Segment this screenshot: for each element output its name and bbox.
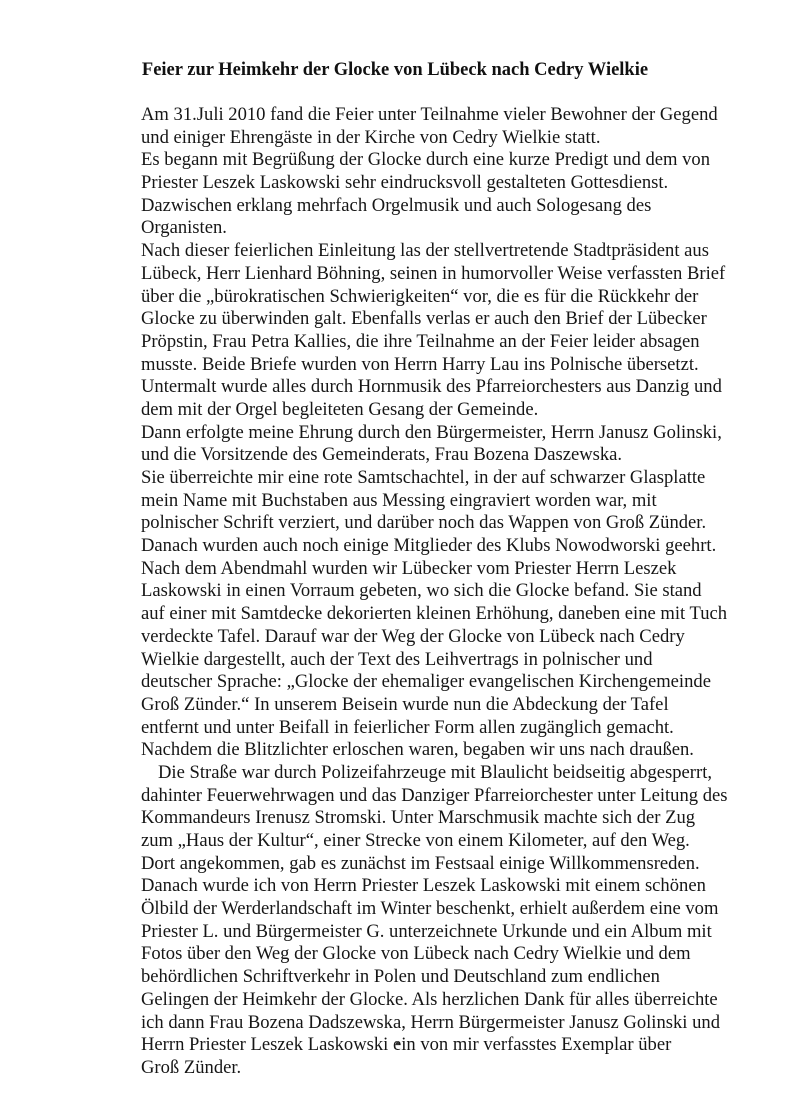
text-line: auf einer mit Samtdecke dekorierten klei… [141,603,741,626]
document-body: Am 31.Juli 2010 fand die Feier unter Tei… [141,104,741,1080]
text-line: Fotos über den Weg der Glocke von Lübeck… [141,943,741,966]
text-line: entfernt und unter Beifall in feierliche… [141,717,741,740]
text-line: Untermalt wurde alles durch Hornmusik de… [141,376,741,399]
text-line: musste. Beide Briefe wurden von Herrn Ha… [141,354,741,377]
text-line: behördlichen Schriftverkehr in Polen und… [141,966,741,989]
text-line: Glocke zu überwinden galt. Ebenfalls ver… [141,308,741,331]
text-line: Danach wurde ich von Herrn Priester Lesz… [141,875,741,898]
text-line: Lübeck, Herr Lienhard Böhning, seinen in… [141,263,741,286]
text-line: Ölbild der Werderlandschaft im Winter be… [141,898,741,921]
text-line: und einiger Ehrengäste in der Kirche von… [141,127,741,150]
text-line: Die Straße war durch Polizeifahrzeuge mi… [141,762,741,785]
text-line: Groß Zünder. [141,1057,741,1080]
document-title: Feier zur Heimkehr der Glocke von Lübeck… [0,60,790,81]
text-line: Nach dem Abendmahl wurden wir Lübecker v… [141,558,741,581]
text-line: deutscher Sprache: „Glocke der ehemalige… [141,671,741,694]
text-line: zum „Haus der Kultur“, einer Strecke von… [141,830,741,853]
text-line: dahinter Feuerwehrwagen und das Danziger… [141,785,741,808]
text-line: Priester Leszek Laskowski sehr eindrucks… [141,172,741,195]
text-line: Pröpstin, Frau Petra Kallies, die ihre T… [141,331,741,354]
text-line: und die Vorsitzende des Gemeinderats, Fr… [141,444,741,467]
text-line: Es begann mit Begrüßung der Glocke durch… [141,149,741,172]
document-page: Feier zur Heimkehr der Glocke von Lübeck… [0,0,790,1112]
text-line: Organisten. [141,217,741,240]
text-line: Kommandeurs Irenusz Stromski. Unter Mars… [141,807,741,830]
text-line: Gelingen der Heimkehr der Glocke. Als he… [141,989,741,1012]
text-line: Wielkie dargestellt, auch der Text des L… [141,649,741,672]
text-line: Sie überreichte mir eine rote Samtschach… [141,467,741,490]
text-line: Laskowski in einen Vorraum gebeten, wo s… [141,580,741,603]
text-line: Groß Zünder.“ In unserem Beisein wurde n… [141,694,741,717]
text-line: verdeckte Tafel. Darauf war der Weg der … [141,626,741,649]
page-mark-dot [396,1042,399,1045]
text-line: Dann erfolgte meine Ehrung durch den Bür… [141,422,741,445]
text-line: mein Name mit Buchstaben aus Messing ein… [141,490,741,513]
text-line: Dort angekommen, gab es zunächst im Fest… [141,853,741,876]
text-line: Dazwischen erklang mehrfach Orgelmusik u… [141,195,741,218]
text-line: über die „bürokratischen Schwierigkeiten… [141,286,741,309]
text-line: Herrn Priester Leszek Laskowski ein von … [141,1034,741,1057]
text-line: ich dann Frau Bozena Dadszewska, Herrn B… [141,1012,741,1035]
text-line: polnischer Schrift verziert, und darüber… [141,512,741,535]
text-line: Priester L. und Bürgermeister G. unterze… [141,921,741,944]
text-line: Nach dieser feierlichen Einleitung las d… [141,240,741,263]
text-line: Am 31.Juli 2010 fand die Feier unter Tei… [141,104,741,127]
text-line: Nachdem die Blitzlichter erloschen waren… [141,739,741,762]
text-line: Danach wurden auch noch einige Mitgliede… [141,535,741,558]
text-line: dem mit der Orgel begleiteten Gesang der… [141,399,741,422]
